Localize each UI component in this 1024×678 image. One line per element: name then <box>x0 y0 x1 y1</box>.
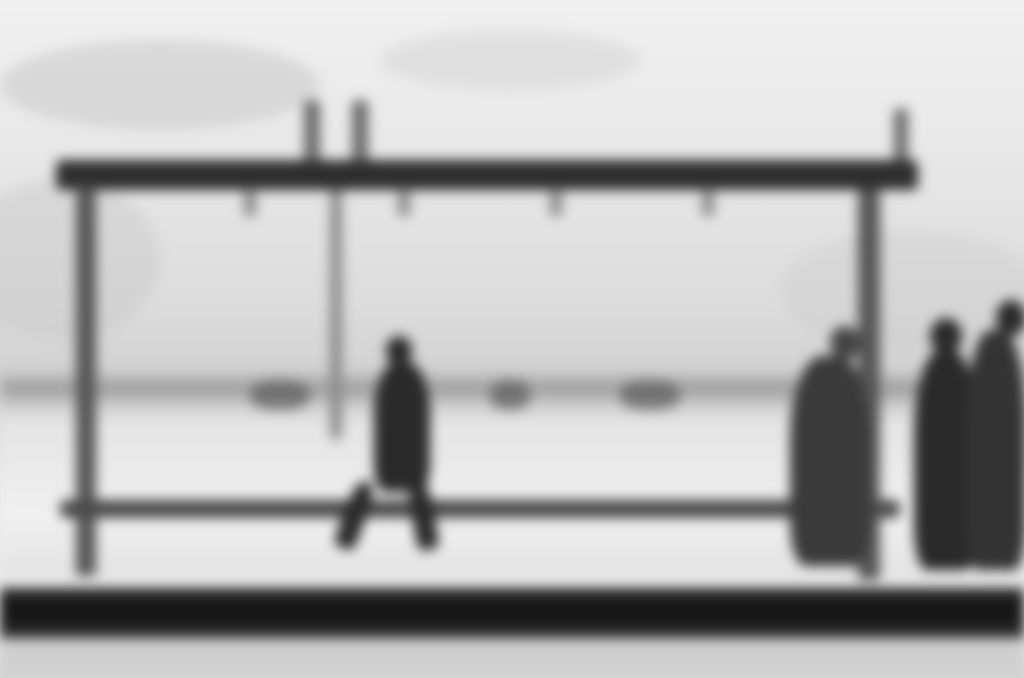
photo: Blurred black-and-white photograph of a … <box>0 0 1024 678</box>
shelter-roof <box>56 160 918 190</box>
cloud <box>380 30 640 90</box>
roof-bracket <box>244 188 256 216</box>
cloud <box>0 40 320 130</box>
curb <box>0 588 1024 638</box>
walking-person-body <box>374 362 430 492</box>
shelter-finial <box>894 108 908 168</box>
blurred-layer <box>0 0 1024 678</box>
distant-figure <box>250 380 310 410</box>
group-person-body <box>966 330 1024 570</box>
group-person-head <box>930 318 962 354</box>
roof-bracket <box>550 188 562 216</box>
street-lamp-pole <box>330 180 342 440</box>
standing-person-body <box>790 356 870 566</box>
shelter-bench <box>60 500 900 518</box>
roof-bracket <box>398 188 410 216</box>
roof-bracket <box>702 188 714 216</box>
distant-figure <box>620 380 680 410</box>
road <box>0 638 1024 678</box>
distant-figure <box>490 380 530 410</box>
standing-person-head <box>830 326 860 360</box>
